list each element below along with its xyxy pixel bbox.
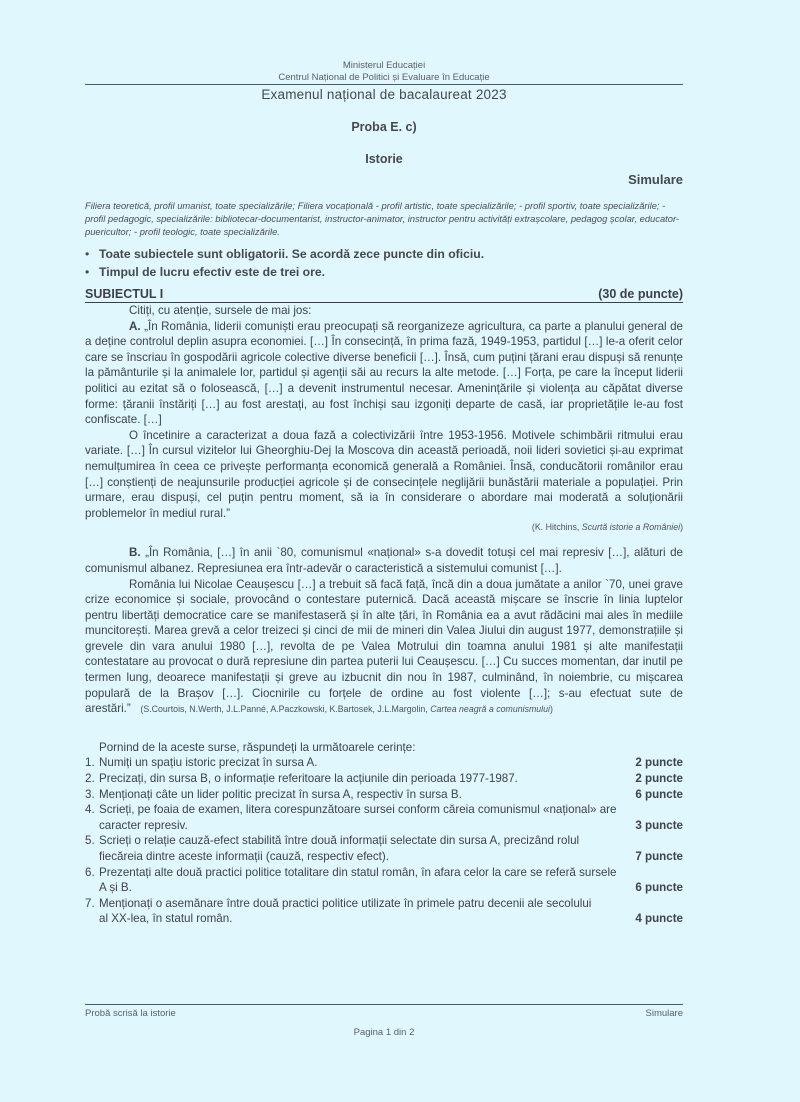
- question-number: 7.: [85, 896, 99, 927]
- citation-title: Cartea neagră a comunismului: [430, 704, 550, 714]
- question-number: 6.: [85, 865, 99, 896]
- question-text: Menționați câte un lider politic preciza…: [99, 787, 462, 803]
- section-title: SUBIECTUL I: [85, 287, 163, 302]
- question-text-cont: fiecăreia dintre aceste informații (cauz…: [99, 849, 389, 865]
- section-header: SUBIECTUL I (30 de puncte): [85, 287, 683, 303]
- ministry-name: Ministerul Educației: [85, 60, 683, 72]
- question-text-cont: A și B.: [99, 880, 132, 896]
- rule-text: Timpul de lucru efectiv este de trei ore…: [99, 265, 325, 279]
- source-a-citation: (K. Hitchins, Scurtă istorie a României): [85, 521, 683, 534]
- citation-end: ): [680, 522, 683, 532]
- variant-label: Simulare: [85, 172, 683, 187]
- page-footer: Probă scrisă la istorie Simulare Pagina …: [85, 1004, 683, 1038]
- source-b-paragraph-1: B. „În România, […] în anii `80, comunis…: [85, 545, 683, 576]
- rule-item: •Toate subiectele sunt obligatorii. Se a…: [85, 246, 683, 264]
- questions-intro: Pornind de la aceste surse, răspundeți l…: [85, 740, 683, 756]
- source-b-citation: (S.Courtois, N.Werth, J.L.Panné, A.Paczk…: [140, 704, 553, 714]
- question-text-cont: al XX-lea, în statul român.: [99, 911, 232, 927]
- question-number: 5.: [85, 833, 99, 864]
- questions-list: 1. Numiți un spațiu istoric precizat în …: [85, 755, 683, 927]
- source-b-paragraph-2: România lui Nicolae Ceaușescu […] a treb…: [85, 577, 683, 718]
- source-a-text-1: „În România, liderii comuniști erau preo…: [85, 320, 683, 427]
- question-points: 7 puncte: [627, 849, 683, 865]
- page-number: Pagina 1 din 2: [85, 1027, 683, 1038]
- exam-title: Examenul național de bacalaureat 2023: [85, 87, 683, 102]
- question-item: 2. Precizați, din sursa B, o informație …: [85, 771, 683, 787]
- exam-subject: Istorie: [85, 152, 683, 166]
- question-text: Precizați, din sursa B, o informație ref…: [99, 771, 518, 787]
- source-b-text-1: „În România, […] în anii `80, comunismul…: [85, 546, 683, 575]
- question-text: Prezentați alte două practici politice t…: [99, 865, 683, 881]
- source-a-label: A.: [129, 320, 141, 333]
- question-number: 3.: [85, 787, 99, 803]
- exam-page: Ministerul Educației Centrul Național de…: [85, 0, 683, 927]
- source-b-text-2: România lui Nicolae Ceaușescu […] a treb…: [85, 578, 683, 716]
- question-points: 6 puncte: [627, 787, 683, 803]
- header-divider: [85, 84, 683, 85]
- filiera-text: Filiera teoretică, profil umanist, toate…: [85, 199, 683, 238]
- source-a-paragraph-1: A. „În România, liderii comuniști erau p…: [85, 319, 683, 428]
- instruction: Citiți, cu atenție, sursele de mai jos:: [85, 303, 683, 319]
- question-number: 4.: [85, 802, 99, 833]
- question-text: Scrieți o relație cauză-efect stabilită …: [99, 833, 683, 849]
- source-b-label: B.: [129, 546, 141, 559]
- question-points: 2 puncte: [627, 755, 683, 771]
- footer-divider: [85, 1004, 683, 1005]
- question-item: 5. Scrieți o relație cauză-efect stabili…: [85, 833, 683, 864]
- question-text: Numiți un spațiu istoric precizat în sur…: [99, 755, 317, 771]
- question-item: 6. Prezentați alte două practici politic…: [85, 865, 683, 896]
- exam-proba: Proba E. c): [85, 120, 683, 134]
- question-item: 7. Menționați o asemănare între două pra…: [85, 896, 683, 927]
- citation-end: ): [550, 704, 553, 714]
- question-points: 2 puncte: [627, 771, 683, 787]
- citation-title: Scurtă istorie a României: [582, 522, 680, 532]
- section-points: (30 de puncte): [598, 287, 683, 302]
- footer-left: Probă scrisă la istorie: [85, 1008, 176, 1019]
- bullet-icon: •: [85, 246, 89, 264]
- question-text: Scrieți, pe foaia de examen, litera core…: [99, 802, 683, 818]
- bullet-icon: •: [85, 264, 89, 282]
- question-number: 2.: [85, 771, 99, 787]
- question-points: 6 puncte: [627, 880, 683, 896]
- question-points: 3 puncte: [627, 818, 683, 834]
- question-points: 4 puncte: [627, 911, 683, 927]
- question-item: 1. Numiți un spațiu istoric precizat în …: [85, 755, 683, 771]
- center-name: Centrul Național de Politici și Evaluare…: [85, 72, 683, 84]
- citation-author: (S.Courtois, N.Werth, J.L.Panné, A.Paczk…: [140, 704, 430, 714]
- rule-item: •Timpul de lucru efectiv este de trei or…: [85, 264, 683, 282]
- question-text: Menționați o asemănare între două practi…: [99, 896, 683, 912]
- question-text-cont: caracter represiv.: [99, 818, 188, 834]
- footer-right: Simulare: [646, 1008, 684, 1019]
- question-item: 4. Scrieți, pe foaia de examen, litera c…: [85, 802, 683, 833]
- question-number: 1.: [85, 755, 99, 771]
- source-a-paragraph-2: O încetinire a caracterizat a doua fază …: [85, 428, 683, 522]
- citation-author: (K. Hitchins,: [532, 522, 582, 532]
- rules-list: •Toate subiectele sunt obligatorii. Se a…: [85, 246, 683, 281]
- question-item: 3. Menționați câte un lider politic prec…: [85, 787, 683, 803]
- rule-text: Toate subiectele sunt obligatorii. Se ac…: [99, 247, 484, 261]
